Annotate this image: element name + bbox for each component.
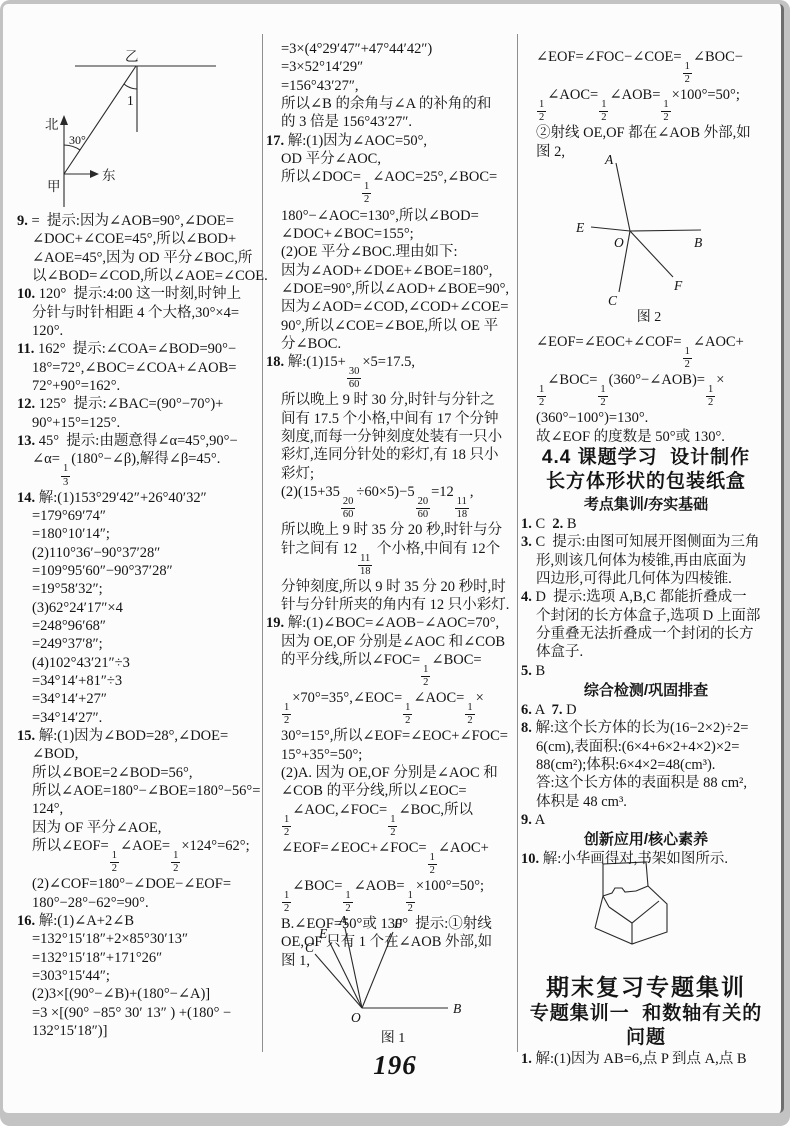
text-line: 14. 解:(1)153°29′42″+26°40′32″: [17, 489, 263, 507]
fraction: 12: [282, 702, 291, 727]
text-line: 图 2,: [521, 143, 771, 161]
text-line: 所以∠AOE=180°−∠BOE=180°−56°=: [17, 782, 263, 800]
middle-answer-column: =3×(4°29′47″+47°44′42″)=3×52°14′29″=156°…: [266, 40, 516, 1098]
text-line: 5. B: [521, 662, 771, 680]
fraction: 1118: [358, 553, 372, 578]
text-line: (4)102°43′21″÷3: [17, 654, 263, 672]
text-line: 刻度,而每一分钟刻度处装有一只小: [266, 428, 516, 446]
text-line: ∠AOE=45°,因为 OD 平分∠BOC,所: [17, 249, 263, 267]
text-line: 12∠BOC=12∠AOB=12×100°=50°;: [266, 877, 516, 915]
text-line: =249°37′8″;: [17, 635, 263, 653]
text-line: =248°96′68″: [17, 617, 263, 635]
figure-space: [521, 869, 771, 973]
text-line: 12×70°=35°,∠EOC=12∠AOC=12×: [266, 689, 516, 727]
text-line: 12∠BOC=12(360°−∠AOB)=12×: [521, 371, 771, 409]
fraction: 12: [428, 852, 437, 877]
text-line: 10. 解:小华画得对,书架如图所示.: [521, 850, 771, 868]
text-line: 因为 OF 平分∠AOE,: [17, 819, 263, 837]
text-line: (2)3×[(90°−∠B)+(180°−∠A)]: [17, 985, 263, 1003]
text-line: 120°.: [17, 322, 263, 340]
text-line: ∠COB 的平分线,所以∠EOC=: [266, 782, 516, 800]
section-heading: 长方体形状的包装纸盒: [521, 470, 771, 494]
text-line: (2)A. 因为 OE,OF 分别是∠AOC 和: [266, 764, 516, 782]
text-line: 11. 162° 提示:∠COA=∠BOD=90°−: [17, 340, 263, 358]
text-line: 所以∠B 的余角与∠A 的补角的和: [266, 95, 516, 113]
label-jia: 甲: [47, 179, 61, 194]
section-heading: 专题集训一 和数轴有关的: [521, 1002, 771, 1026]
text-line: 因为 OE,OF 分别是∠AOC 和∠COB: [266, 633, 516, 651]
section-heading: 问题: [521, 1026, 771, 1050]
text-line: 体积是 48 cm³.: [521, 793, 771, 811]
text-line: 彩灯,连同分针处的彩灯,有 18 只小: [266, 446, 516, 464]
text-line: (360°−100°)=130°.: [521, 409, 771, 427]
text-line: =132°15′18″+171°26″: [17, 949, 263, 967]
text-line: 4. D 提示:选项 A,B,C 都能折叠成一: [521, 588, 771, 606]
text-line: 分重叠无法折叠成一个封闭的长方: [521, 625, 771, 643]
fraction: 2060: [416, 496, 431, 521]
text-line: 180°−∠AOC=130°,所以∠BOD=: [266, 207, 516, 225]
text-line: 所以晚上 9 时 35 分 20 秒,时针与分: [266, 521, 516, 539]
text-line: ∠DOC+∠COE=45°,所以∠BOD+: [17, 230, 263, 248]
text-line: 故∠EOF 的度数是 50°或 130°.: [521, 428, 771, 446]
answer-page: 乙 1 北 30° 东 甲 A E C F B O 图 1: [3, 4, 784, 1113]
fraction: 12: [171, 850, 180, 875]
fraction: 12: [599, 99, 608, 124]
fraction: 12: [406, 890, 415, 915]
text-line: 的 3 倍是 156°43′27″.: [266, 113, 516, 131]
text-line: 图 1,: [266, 952, 516, 970]
fraction: 12: [683, 346, 692, 371]
text-line: ∠DOC+∠BOC=155°;: [266, 225, 516, 243]
text-line: 180°−28°−62°=90°.: [17, 894, 263, 912]
text-line: 形,则该几何体为棱锥,再由底面为: [521, 552, 771, 570]
fraction: 12: [362, 181, 371, 206]
compass-figure: 乙 1 北 30° 东 甲: [31, 42, 231, 214]
fraction: 12: [537, 384, 546, 409]
section-heading: 4.4 课题学习 设计制作: [521, 446, 771, 470]
text-line: (2)(15+352060÷60×5)−52060=121118,: [266, 483, 516, 521]
text-line: ∠BOD,: [17, 745, 263, 763]
text-line: 彩灯;: [266, 465, 516, 483]
text-line: 18. 解:(1)15+3060×5=17.5,: [266, 353, 516, 391]
text-line: ∠EOF=∠EOC+∠FOC=12∠AOC+: [266, 839, 516, 877]
text-line: 体盒子.: [521, 643, 771, 661]
fraction: 12: [282, 814, 291, 839]
text-line: 72°+90°=162°.: [17, 377, 263, 395]
text-line: 124°,: [17, 800, 263, 818]
fraction: 12: [537, 99, 546, 124]
text-line: =19°58′32″;: [17, 580, 263, 598]
text-line: 因为∠AOD+∠DOE+∠BOE=180°,: [266, 262, 516, 280]
text-line: 间有 17.5 个小格,中间有 17 个分钟: [266, 410, 516, 428]
text-line: 针与分针所夹的角内有 12 只小彩灯.: [266, 596, 516, 614]
text-line: =109°95′60″−90°37′28″: [17, 562, 263, 580]
text-line: 9. A: [521, 811, 771, 829]
text-line: ②射线 OE,OF 都在∠AOB 外部,如: [521, 124, 771, 142]
column-divider-right: [517, 34, 518, 1052]
text-line: =179°69′74″: [17, 507, 263, 525]
text-line: =34°14′+27″: [17, 690, 263, 708]
label-yi: 乙: [125, 49, 139, 64]
fraction: 12: [598, 384, 607, 409]
fraction: 12: [403, 702, 412, 727]
text-line: =3×(4°29′47″+47°44′42″): [266, 40, 516, 58]
figure-space: [521, 161, 771, 333]
fraction: 12: [465, 702, 474, 727]
text-line: 3. C 提示:由图可知展开图侧面为三角: [521, 533, 771, 551]
fraction: 12: [343, 890, 352, 915]
text-line: OD 平分∠AOC,: [266, 150, 516, 168]
label-north: 北: [45, 117, 59, 132]
text-line: 四边形,可得此几何体为四棱锥.: [521, 570, 771, 588]
text-line: 12∠AOC=12∠AOB=12×100°=50°;: [521, 86, 771, 124]
book-photo: 乙 1 北 30° 东 甲 A E C F B O 图 1: [0, 0, 790, 1126]
text-line: 15°+35°=50°;: [266, 746, 516, 764]
text-line: 16. 解:(1)∠A+2∠B: [17, 912, 263, 930]
angle-30-label: 30°: [69, 133, 86, 147]
section-heading: 创新应用/核心素养: [521, 829, 771, 850]
text-line: 针之间有 121118 个小格,中间有 12个: [266, 540, 516, 578]
fraction: 3060: [347, 366, 362, 391]
text-line: 132°15′18″)]: [17, 1022, 263, 1040]
text-line: 1. 解:(1)因为 AB=6,点 P 到点 A,点 B: [521, 1050, 771, 1068]
fraction: 2060: [341, 496, 356, 521]
section-heading: 期末复习专题集训: [521, 973, 771, 1002]
text-line: 10. 120° 提示:4:00 这一时刻,时钟上: [17, 285, 263, 303]
text-line: 的平分线,所以∠FOC=12∠BOC=: [266, 651, 516, 689]
text-line: =156°43′27″,: [266, 77, 516, 95]
text-line: =3 ×[(90° −85° 30′ 13″ ) +(180° −: [17, 1004, 263, 1022]
angle-1-label: 1: [127, 93, 134, 108]
text-line: 90°,所以∠COE=∠BOE,所以 OE 平: [266, 317, 516, 335]
text-line: 分∠BOC.: [266, 335, 516, 353]
text-line: 6(cm),表面积:(6×4+6×2+4×2)×2=: [521, 738, 771, 756]
text-line: 1. C 2. B: [521, 515, 771, 533]
text-line: 所以∠BOE=2∠BOD=56°,: [17, 764, 263, 782]
fraction: 12: [282, 890, 291, 915]
text-line: OE,OF 只有 1 个在∠AOB 外部,如: [266, 933, 516, 951]
section-heading: 综合检测/巩固排查: [521, 680, 771, 701]
fraction: 1118: [455, 496, 469, 521]
text-line: 13. 45° 提示:由题意得∠α=45°,90°−: [17, 432, 263, 450]
text-line: B.∠EOF=50°或 130° 提示:①射线: [266, 915, 516, 933]
text-line: (2)110°36′−90°37′28″: [17, 544, 263, 562]
text-line: 17. 解:(1)因为∠AOC=50°,: [266, 132, 516, 150]
text-line: 88(cm²);体积:6×4×2=48(cm³).: [521, 756, 771, 774]
fraction: 12: [421, 664, 430, 689]
text-line: =303°15′44″;: [17, 967, 263, 985]
text-line: 18°=72°,∠BOC=∠COA+∠AOB=: [17, 359, 263, 377]
text-line: =3×52°14′29″: [266, 58, 516, 76]
text-line: =34°14′27″.: [17, 709, 263, 727]
text-line: 8. 解:这个长方体的长为(16−2×2)÷2=: [521, 719, 771, 737]
text-line: 答:这个长方体的表面积是 88 cm²,: [521, 774, 771, 792]
text-line: ∠α=13(180°−∠β),解得∠β=45°.: [17, 450, 263, 488]
fraction: 13: [61, 463, 70, 488]
text-line: 19. 解:(1)∠BOC=∠AOB−∠AOC=70°,: [266, 614, 516, 632]
left-answer-column: 9. = 提示:因为∠AOB=90°,∠DOE=∠DOC+∠COE=45°,所以…: [17, 212, 263, 1040]
text-line: 12∠AOC,∠FOC=12∠BOC,所以: [266, 801, 516, 839]
label-east: 东: [102, 168, 116, 183]
text-line: =34°14′+81″÷3: [17, 672, 263, 690]
text-line: ∠EOF=∠EOC+∠COF=12∠AOC+: [521, 333, 771, 371]
right-answer-column: ∠EOF=∠FOC−∠COE=12∠BOC−12∠AOC=12∠AOB=12×1…: [521, 48, 771, 1068]
text-line: 个封闭的长方体盒子,选项 D 上面部: [521, 607, 771, 625]
text-line: 所以∠DOC=12∠AOC=25°,∠BOC=: [266, 168, 516, 206]
text-line: 所以晚上 9 时 30 分,时针与分针之: [266, 391, 516, 409]
fraction: 12: [388, 814, 397, 839]
fraction: 12: [683, 61, 692, 86]
text-line: 6. A 7. D: [521, 701, 771, 719]
text-line: =180°10′14″;: [17, 525, 263, 543]
text-line: 所以∠EOF=12∠AOE=12×124°=62°;: [17, 837, 263, 875]
text-line: ∠DOE=90°,所以∠AOD+∠BOE=90°,: [266, 280, 516, 298]
text-line: 因为∠AOD=∠COD,∠COD+∠COE=: [266, 298, 516, 316]
text-line: (2)OE 平分∠BOC.理由如下:: [266, 243, 516, 261]
page-number: 196: [355, 1050, 435, 1081]
text-line: 15. 解:(1)因为∠BOD=28°,∠DOE=: [17, 727, 263, 745]
text-line: 90°+15°=125°.: [17, 414, 263, 432]
text-line: ∠EOF=∠FOC−∠COE=12∠BOC−: [521, 48, 771, 86]
text-line: 分针与时针相距 4 个大格,30°×4=: [17, 304, 263, 322]
fraction: 12: [706, 384, 715, 409]
text-line: 分钟刻度,所以 9 时 35 分 20 秒时,时: [266, 578, 516, 596]
fraction: 12: [661, 99, 670, 124]
text-line: 30°=15°,所以∠EOF=∠EOC+∠FOC=: [266, 727, 516, 745]
section-heading: 考点集训/夯实基础: [521, 494, 771, 515]
text-line: (2)∠COF=180°−∠DOE−∠EOF=: [17, 875, 263, 893]
text-line: 以∠BOD=∠COD,所以∠AOE=∠COE.: [17, 267, 263, 285]
text-line: 9. = 提示:因为∠AOB=90°,∠DOE=: [17, 212, 263, 230]
text-line: 12. 125° 提示:∠BAC=(90°−70°)+: [17, 395, 263, 413]
text-line: =132°15′18″+2×85°30′13″: [17, 930, 263, 948]
text-line: (3)62°24′17″×4: [17, 599, 263, 617]
fraction: 12: [110, 850, 119, 875]
